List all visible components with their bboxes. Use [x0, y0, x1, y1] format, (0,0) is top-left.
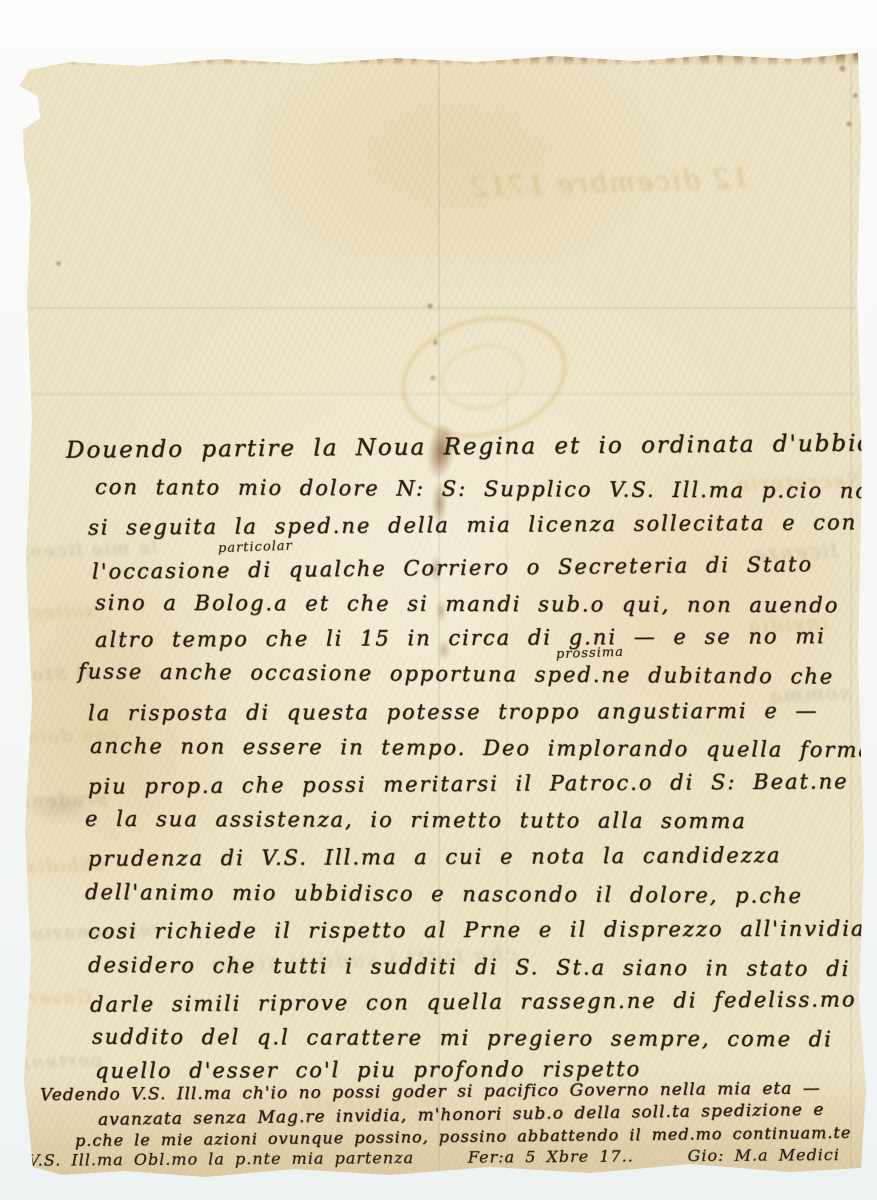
ink-stain: [429, 374, 437, 382]
manuscript-line-12: prudenza di V.S. Ill.ma a cui e nota la …: [88, 843, 781, 871]
manuscript-line-16: darle simili riprove con quella rassegn.…: [90, 987, 857, 1016]
ink-stain: [432, 338, 439, 347]
signature: Gio: M.a Medici: [688, 1145, 841, 1165]
manuscript-line-3: si seguita la sped.ne della mia licenza …: [88, 510, 857, 539]
manuscript-line-7: fusse anche occasione opportuna sped.ne …: [78, 659, 834, 688]
foxing-spot: [852, 92, 859, 99]
letter-page: 12 dicembre 1712 la mia licenza sollecit…: [0, 0, 877, 1200]
bleedthrough-text: Governo: [0, 986, 91, 1010]
manuscript-line-6: altro tempo che li 15 in circa di g.ni —…: [95, 624, 826, 652]
manuscript-line-5: sino a Bolog.a et che si mandi sub.o qui…: [95, 591, 839, 618]
scan-surface: 12 dicembre 1712 la mia licenza sollecit…: [0, 0, 877, 1200]
manuscript-line-8: la risposta di questa potesse troppo ang…: [88, 699, 819, 726]
manuscript-line-11: e la sua assistenza, io rimetto tutto al…: [85, 807, 747, 833]
dateline: Fer:a 5 Xbre 17..: [468, 1147, 634, 1167]
manuscript-line-1: Douendo partire la Noua Regina et io ord…: [66, 430, 877, 463]
manuscript-line-15: desidero che tutti i sudditi di S. St.a …: [88, 953, 850, 981]
manuscript-line-18: quello d'esser co'l piu profondo rispett…: [95, 1057, 641, 1083]
manuscript-line-14: cosi richiede il rispetto al Prne e il d…: [88, 917, 866, 944]
right-edge-foxing-spots: [861, 60, 871, 330]
valediction: V.S. Ill.ma Obl.mo la p.nte mia partenza: [28, 1148, 414, 1170]
manuscript-line-4: l'occasione di qualche Corriero o Secret…: [92, 552, 813, 584]
interlinear-insertion-1: particolar: [218, 539, 293, 557]
bleedthrough-text: partenza: [6, 1050, 103, 1074]
fold-crease-horizontal-1: [25, 306, 855, 310]
interlinear-insertion-2: prossima: [556, 645, 624, 662]
ink-stain: [426, 302, 434, 310]
manuscript-line-13: dell'animo mio ubbidisco e nascondo il d…: [85, 880, 803, 908]
burned-top-edge: [20, 50, 865, 66]
manuscript-line-17: suddito del q.l carattere mi pregiero se…: [92, 1025, 833, 1052]
foxing-spot: [838, 64, 847, 73]
bleedthrough-text: sollecita: [0, 600, 94, 624]
manuscript-line-9: anche non essere in tempo. Deo implorand…: [90, 734, 873, 762]
ghost-date-bleedthrough: 12 dicembre 1712: [468, 163, 750, 204]
manuscript-line-10: piu prop.a che possi meritarsi il Patroc…: [88, 769, 849, 798]
foxing-spot: [845, 120, 853, 128]
foxing-spot: [55, 260, 62, 267]
manuscript-line-2: con tanto mio dolore N: S: Supplico V.S.…: [95, 475, 877, 503]
